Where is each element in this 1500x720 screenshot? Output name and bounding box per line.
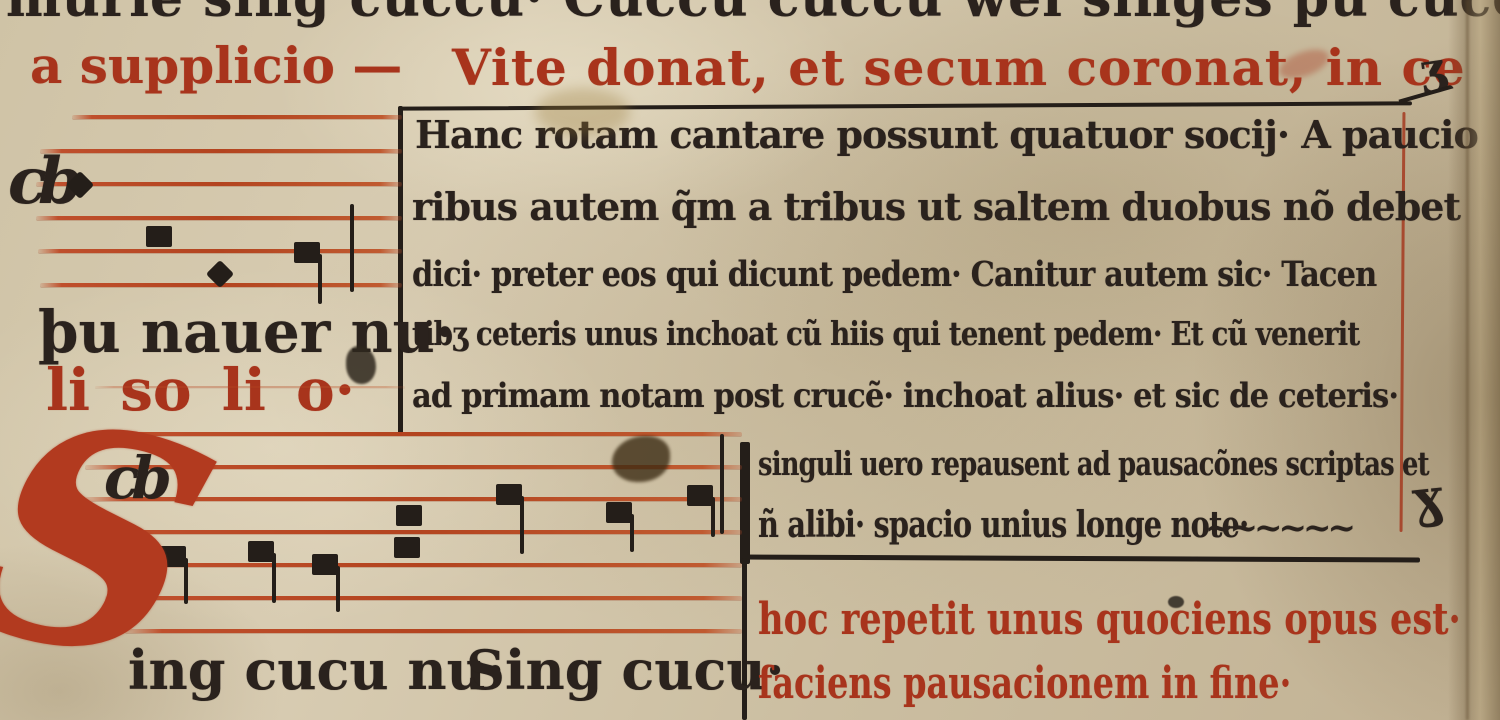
- staff-line: [105, 563, 742, 567]
- square-note: [687, 485, 713, 506]
- rubric-line: ribus autem q̃m a tribus ut saltem duobu…: [412, 184, 1460, 229]
- rubric-box-border-top: [398, 101, 1412, 110]
- staff-line: [40, 149, 402, 153]
- staff-line: [36, 216, 402, 220]
- staff-line: [72, 115, 402, 119]
- rubric-line: dici· preter eos qui dicunt pedem· Canit…: [412, 254, 1376, 295]
- staff-line: [105, 596, 742, 600]
- rubric-line: ñ alibi· spacio unius longe note·: [758, 504, 1248, 546]
- square-note: [396, 505, 422, 526]
- bottom-rubric-line2: faciens pausacionem in fine·: [758, 658, 1291, 709]
- barline: [720, 434, 724, 534]
- rubric-box-border-left-lower: [740, 442, 750, 564]
- top-line-english: murie sing cuccu· Cuccu cuccu wel singes…: [6, 0, 1500, 29]
- latin-finale-right: Vite donat, et secum coronat, in ce: [452, 38, 1466, 97]
- clef-icon: cb: [8, 144, 74, 219]
- pes-text-part2: Sing cucu·: [466, 638, 784, 702]
- latin-finale-left: a supplicio —: [30, 36, 402, 95]
- rubric-line: singuli uero repausent ad pausacõnes scr…: [758, 444, 1429, 483]
- barline: [350, 204, 354, 292]
- square-note: [294, 242, 320, 263]
- square-note: [312, 554, 338, 575]
- staff-line: [38, 249, 402, 253]
- square-note: [248, 541, 274, 562]
- bottom-rubric-line1: hoc repetit unus quociens opus est·: [758, 594, 1461, 645]
- pes-text-part1: ing cucu nu·: [128, 638, 505, 702]
- square-note: [606, 502, 632, 523]
- ink-blot: [612, 436, 670, 482]
- square-note: [496, 484, 522, 505]
- staff-line: [125, 629, 742, 633]
- manuscript-page: murie sing cuccu· Cuccu cuccu wel singes…: [0, 0, 1500, 720]
- square-note: [146, 226, 172, 247]
- rubric-line: tibʒ ceteris unus inchoat cũ hiis qui te…: [412, 314, 1359, 353]
- square-note: [394, 537, 420, 558]
- pen-flourish-bottom-icon: ɣ: [1409, 467, 1446, 531]
- page-edge-crease: [1466, 0, 1469, 720]
- rubric-box-border-bottom: [742, 555, 1420, 562]
- line-filler-squiggle: ~~~~~~: [1205, 508, 1352, 548]
- rubric-line: ad primam notam post crucẽ· inchoat aliu…: [412, 376, 1398, 416]
- rubric-line: Hanc rotam cantare possunt quatuor socij…: [415, 112, 1478, 157]
